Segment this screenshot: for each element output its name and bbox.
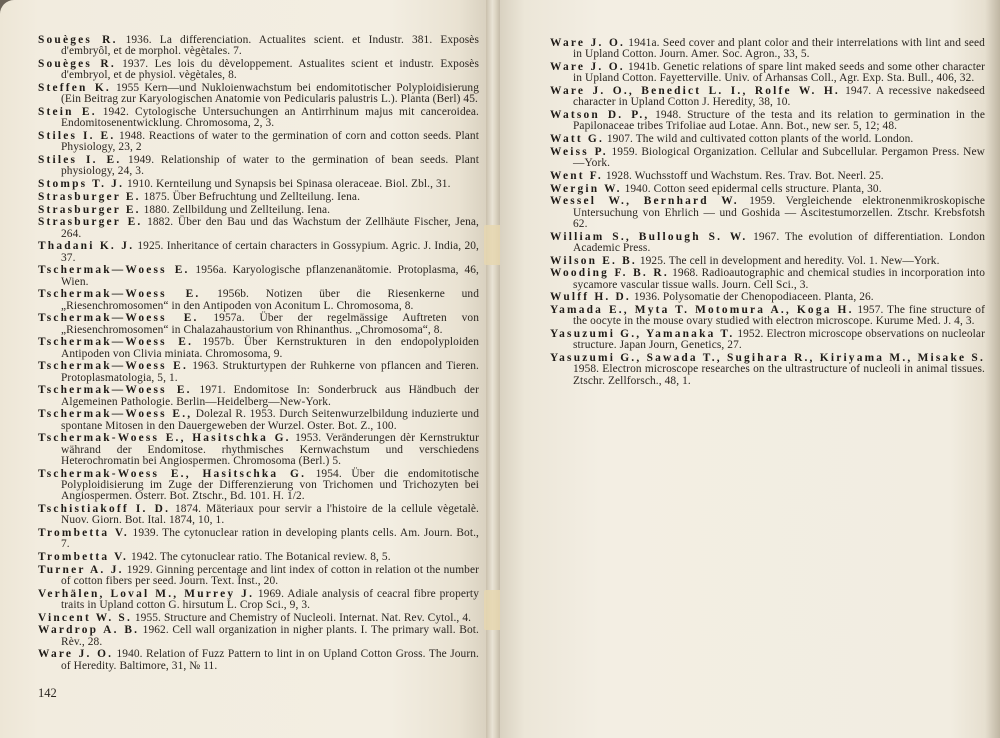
reference-entry: Strasburger E. 1880. Zellbildung und Zel… bbox=[38, 205, 479, 216]
reference-text: 1940. Relation of Fuzz Pattern to lint i… bbox=[61, 648, 479, 671]
reference-entry: Trombetta V. 1942. The cytonuclear ratio… bbox=[38, 552, 479, 563]
reference-author: Stomps T. J. bbox=[38, 178, 124, 190]
reference-author: Tschermak—Woess E. bbox=[38, 312, 199, 324]
reference-text: 1936. La differenciation. Actualites sci… bbox=[61, 34, 479, 57]
right-page: Ware J. O. 1941a. Seed cover and plant c… bbox=[500, 0, 1000, 738]
reference-entry: Yasuzumi G., Yamanaka T. 1952. Electron … bbox=[550, 329, 985, 351]
reference-entry: Ware J. O. 1940. Relation of Fuzz Patter… bbox=[38, 649, 479, 671]
page-number: 142 bbox=[38, 686, 57, 701]
reference-author: Watson D. P., bbox=[550, 109, 649, 121]
reference-text: 1937. Les lois du dèveloppement. Astuali… bbox=[61, 58, 479, 81]
reference-author: Tschermak—Woess E. bbox=[38, 336, 193, 348]
reference-entry: Wulff H. D. 1936. Polysomatie der Chenop… bbox=[550, 292, 985, 303]
left-reference-list: Souèges R. 1936. La differenciation. Act… bbox=[38, 35, 488, 672]
reference-author: Watt G. bbox=[550, 133, 604, 145]
reference-entry: Wooding F. B. R. 1968. Radioautographic … bbox=[550, 268, 985, 290]
reference-author: Went F. bbox=[550, 170, 603, 182]
reference-author: Wardrop A. B. bbox=[38, 624, 139, 636]
reference-author: Souèges R. bbox=[38, 34, 118, 46]
reference-author: Stiles I. E. bbox=[38, 130, 115, 142]
reference-entry: Wergin W. 1940. Cotton seed epidermal ce… bbox=[550, 184, 985, 195]
reference-entry: Tschermak—Woess E., Dolezal R. 1953. Dur… bbox=[38, 409, 479, 431]
reference-text: 1928. Wuchsstoff und Wachstum. Res. Trav… bbox=[606, 170, 884, 182]
reference-author: Ware J. O., Benedict L. I., Rolfe W. H. bbox=[550, 85, 840, 97]
reference-entry: Tschermak—Woess E. 1971. Endomitose In: … bbox=[38, 385, 479, 407]
reference-entry: Trombetta V. 1939. The cytonuclear ratio… bbox=[38, 528, 479, 550]
book-spread: Souèges R. 1936. La differenciation. Act… bbox=[0, 0, 1000, 738]
reference-entry: Wilson E. B. 1925. The cell in developme… bbox=[550, 256, 985, 267]
reference-entry: Went F. 1928. Wuchsstoff und Wachstum. R… bbox=[550, 171, 985, 182]
reference-author: Verhälen, Loval M., Murrey J. bbox=[38, 588, 254, 600]
reference-text: 1875. Über Befruchtung und Zellteilung. … bbox=[144, 191, 360, 203]
reference-text: 1910. Kernteilung und Synapsis bei Spina… bbox=[127, 178, 451, 190]
reference-text: 1907. The wild and cultivated cotton pla… bbox=[607, 133, 914, 145]
reference-author: Ware J. O. bbox=[550, 37, 625, 49]
reference-author: Yasuzumi G., Sawada T., Sugihara R., Kir… bbox=[550, 352, 985, 364]
reference-entry: Verhälen, Loval M., Murrey J. 1969. Adia… bbox=[38, 589, 479, 611]
reference-author: William S., Bullough S. W. bbox=[550, 231, 747, 243]
reference-entry: Ware J. O. 1941a. Seed cover and plant c… bbox=[550, 38, 985, 60]
reference-author: Yasuzumi G., Yamanaka T. bbox=[550, 328, 734, 340]
reference-entry: Tschermak—Woess E. 1957a. Über der regel… bbox=[38, 313, 479, 335]
reference-text: 1941b. Genetic relations of spare lint m… bbox=[573, 61, 985, 84]
reference-entry: Yasuzumi G., Sawada T., Sugihara R., Kir… bbox=[550, 353, 985, 387]
reference-author: Tschermak—Woess E. bbox=[38, 288, 200, 300]
reference-author: Tschermak—Woess E. bbox=[38, 360, 188, 372]
reference-entry: Tschermak—Woess E. 1957b. Über Kernstruk… bbox=[38, 337, 479, 359]
reference-author: Wessel W., Bernhard W. bbox=[550, 195, 739, 207]
reference-author: Strasburger E. bbox=[38, 204, 141, 216]
reference-text: 1955. Structure and Chemistry of Nucleol… bbox=[135, 612, 471, 624]
reference-text: 1958. Electron microscope researches on … bbox=[573, 363, 985, 386]
reference-author: Weiss P. bbox=[550, 146, 608, 158]
reference-text: 1880. Zellbildung und Zellteilung. Iena. bbox=[144, 204, 331, 216]
reference-entry: William S., Bullough S. W. 1967. The evo… bbox=[550, 232, 985, 254]
reference-author: Stiles I. E. bbox=[38, 154, 121, 166]
reference-author: Ware J. O. bbox=[38, 648, 113, 660]
reference-author: Tschermak-Woess E., Hasitschka G. bbox=[38, 432, 291, 444]
reference-text: 1942. The cytonuclear ratio. The Botanic… bbox=[131, 551, 391, 563]
reference-entry: Strasburger E. 1882. Über den Bau und da… bbox=[38, 217, 479, 239]
reference-entry: Stomps T. J. 1910. Kernteilung und Synap… bbox=[38, 179, 479, 190]
reference-text: 1925. The cell in development and heredi… bbox=[640, 255, 940, 267]
reference-author: Stein E. bbox=[38, 106, 97, 118]
reference-text: 1959. Biological Organization. Cellular … bbox=[573, 146, 985, 169]
reference-author: Yamada E., Myta T. Motomura A., Koga H. bbox=[550, 304, 854, 316]
reference-text: 1936. Polysomatie der Chenopodiaceen. Pl… bbox=[634, 291, 874, 303]
reference-author: Vincent W. S. bbox=[38, 612, 132, 624]
reference-text: 1948. Reactions of water to the germinat… bbox=[61, 130, 479, 153]
reference-author: Wilson E. B. bbox=[550, 255, 637, 267]
reference-entry: Thadani K. J. 1925. Inheritance of certa… bbox=[38, 241, 479, 263]
reference-entry: Souèges R. 1937. Les lois du dèveloppeme… bbox=[38, 59, 479, 81]
reference-text: 1929. Ginning percentage and lint index … bbox=[61, 564, 479, 587]
reference-author: Wulff H. D. bbox=[550, 291, 631, 303]
reference-entry: Wessel W., Bernhard W. 1959. Vergleichen… bbox=[550, 196, 985, 230]
reference-text: 1955 Kern—und Nukloienwachstum bei endom… bbox=[61, 82, 479, 105]
reference-author: Tschistiakoff I. D. bbox=[38, 503, 170, 515]
reference-author: Trombetta V. bbox=[38, 527, 129, 539]
reference-entry: Watson D. P., 1948. Structure of the tes… bbox=[550, 110, 985, 132]
reference-author: Thadani K. J. bbox=[38, 240, 134, 252]
reference-author: Tschermak—Woess E. bbox=[38, 264, 190, 276]
reference-author: Turner A. J. bbox=[38, 564, 124, 576]
reference-entry: Vincent W. S. 1955. Structure and Chemis… bbox=[38, 613, 479, 624]
reference-text: 1949. Relationship of water to the germi… bbox=[61, 154, 479, 177]
reference-entry: Tschermak-Woess E., Hasitschka G. 1953. … bbox=[38, 433, 479, 467]
reference-author: Tschermak—Woess E., bbox=[38, 408, 192, 420]
reference-entry: Yamada E., Myta T. Motomura A., Koga H. … bbox=[550, 305, 985, 327]
reference-author: Steffen K. bbox=[38, 82, 111, 94]
reference-entry: Tschermak-Woess E., Hasitschka G. 1954. … bbox=[38, 469, 479, 503]
reference-entry: Stiles I. E. 1948. Reactions of water to… bbox=[38, 131, 479, 153]
reference-entry: Strasburger E. 1875. Über Befruchtung un… bbox=[38, 192, 479, 203]
reference-entry: Turner A. J. 1929. Ginning percentage an… bbox=[38, 565, 479, 587]
reference-entry: Ware J. O. 1941b. Genetic relations of s… bbox=[550, 62, 985, 84]
reference-text: 1942. Cytologische Untersuchungen an Ant… bbox=[61, 106, 479, 129]
reference-author: Souèges R. bbox=[38, 58, 116, 70]
reference-entry: Stiles I. E. 1949. Relationship of water… bbox=[38, 155, 479, 177]
left-page: Souèges R. 1936. La differenciation. Act… bbox=[0, 0, 488, 738]
reference-entry: Watt G. 1907. The wild and cultivated co… bbox=[550, 134, 985, 145]
reference-entry: Steffen K. 1955 Kern—und Nukloienwachstu… bbox=[38, 83, 479, 105]
reference-author: Strasburger E. bbox=[38, 191, 141, 203]
reference-text: 1940. Cotton seed epidermal cells struct… bbox=[625, 183, 882, 195]
reference-author: Tschermak-Woess E., Hasitschka G. bbox=[38, 468, 306, 480]
reference-entry: Tschermak—Woess E. 1956b. Notizen über d… bbox=[38, 289, 479, 311]
reference-entry: Wardrop A. B. 1962. Cell wall organizati… bbox=[38, 625, 479, 647]
reference-entry: Stein E. 1942. Cytologische Untersuchung… bbox=[38, 107, 479, 129]
reference-entry: Tschermak—Woess E. 1963. Strukturtypen d… bbox=[38, 361, 479, 383]
reference-entry: Ware J. O., Benedict L. I., Rolfe W. H. … bbox=[550, 86, 985, 108]
right-reference-list: Ware J. O. 1941a. Seed cover and plant c… bbox=[550, 38, 1000, 387]
reference-entry: Tschistiakoff I. D. 1874. Mäteriaux pour… bbox=[38, 504, 479, 526]
reference-author: Wooding F. B. R. bbox=[550, 267, 669, 279]
reference-author: Wergin W. bbox=[550, 183, 622, 195]
reference-author: Trombetta V. bbox=[38, 551, 128, 563]
reference-entry: Tschermak—Woess E. 1956a. Karyologische … bbox=[38, 265, 479, 287]
reference-author: Tschermak—Woess E. bbox=[38, 384, 192, 396]
reference-author: Ware J. O. bbox=[550, 61, 625, 73]
reference-author: Strasburger E. bbox=[38, 216, 142, 228]
reference-text: 1941a. Seed cover and plant color and th… bbox=[573, 37, 985, 60]
reference-entry: Souèges R. 1936. La differenciation. Act… bbox=[38, 35, 479, 57]
reference-entry: Weiss P. 1959. Biological Organization. … bbox=[550, 147, 985, 169]
